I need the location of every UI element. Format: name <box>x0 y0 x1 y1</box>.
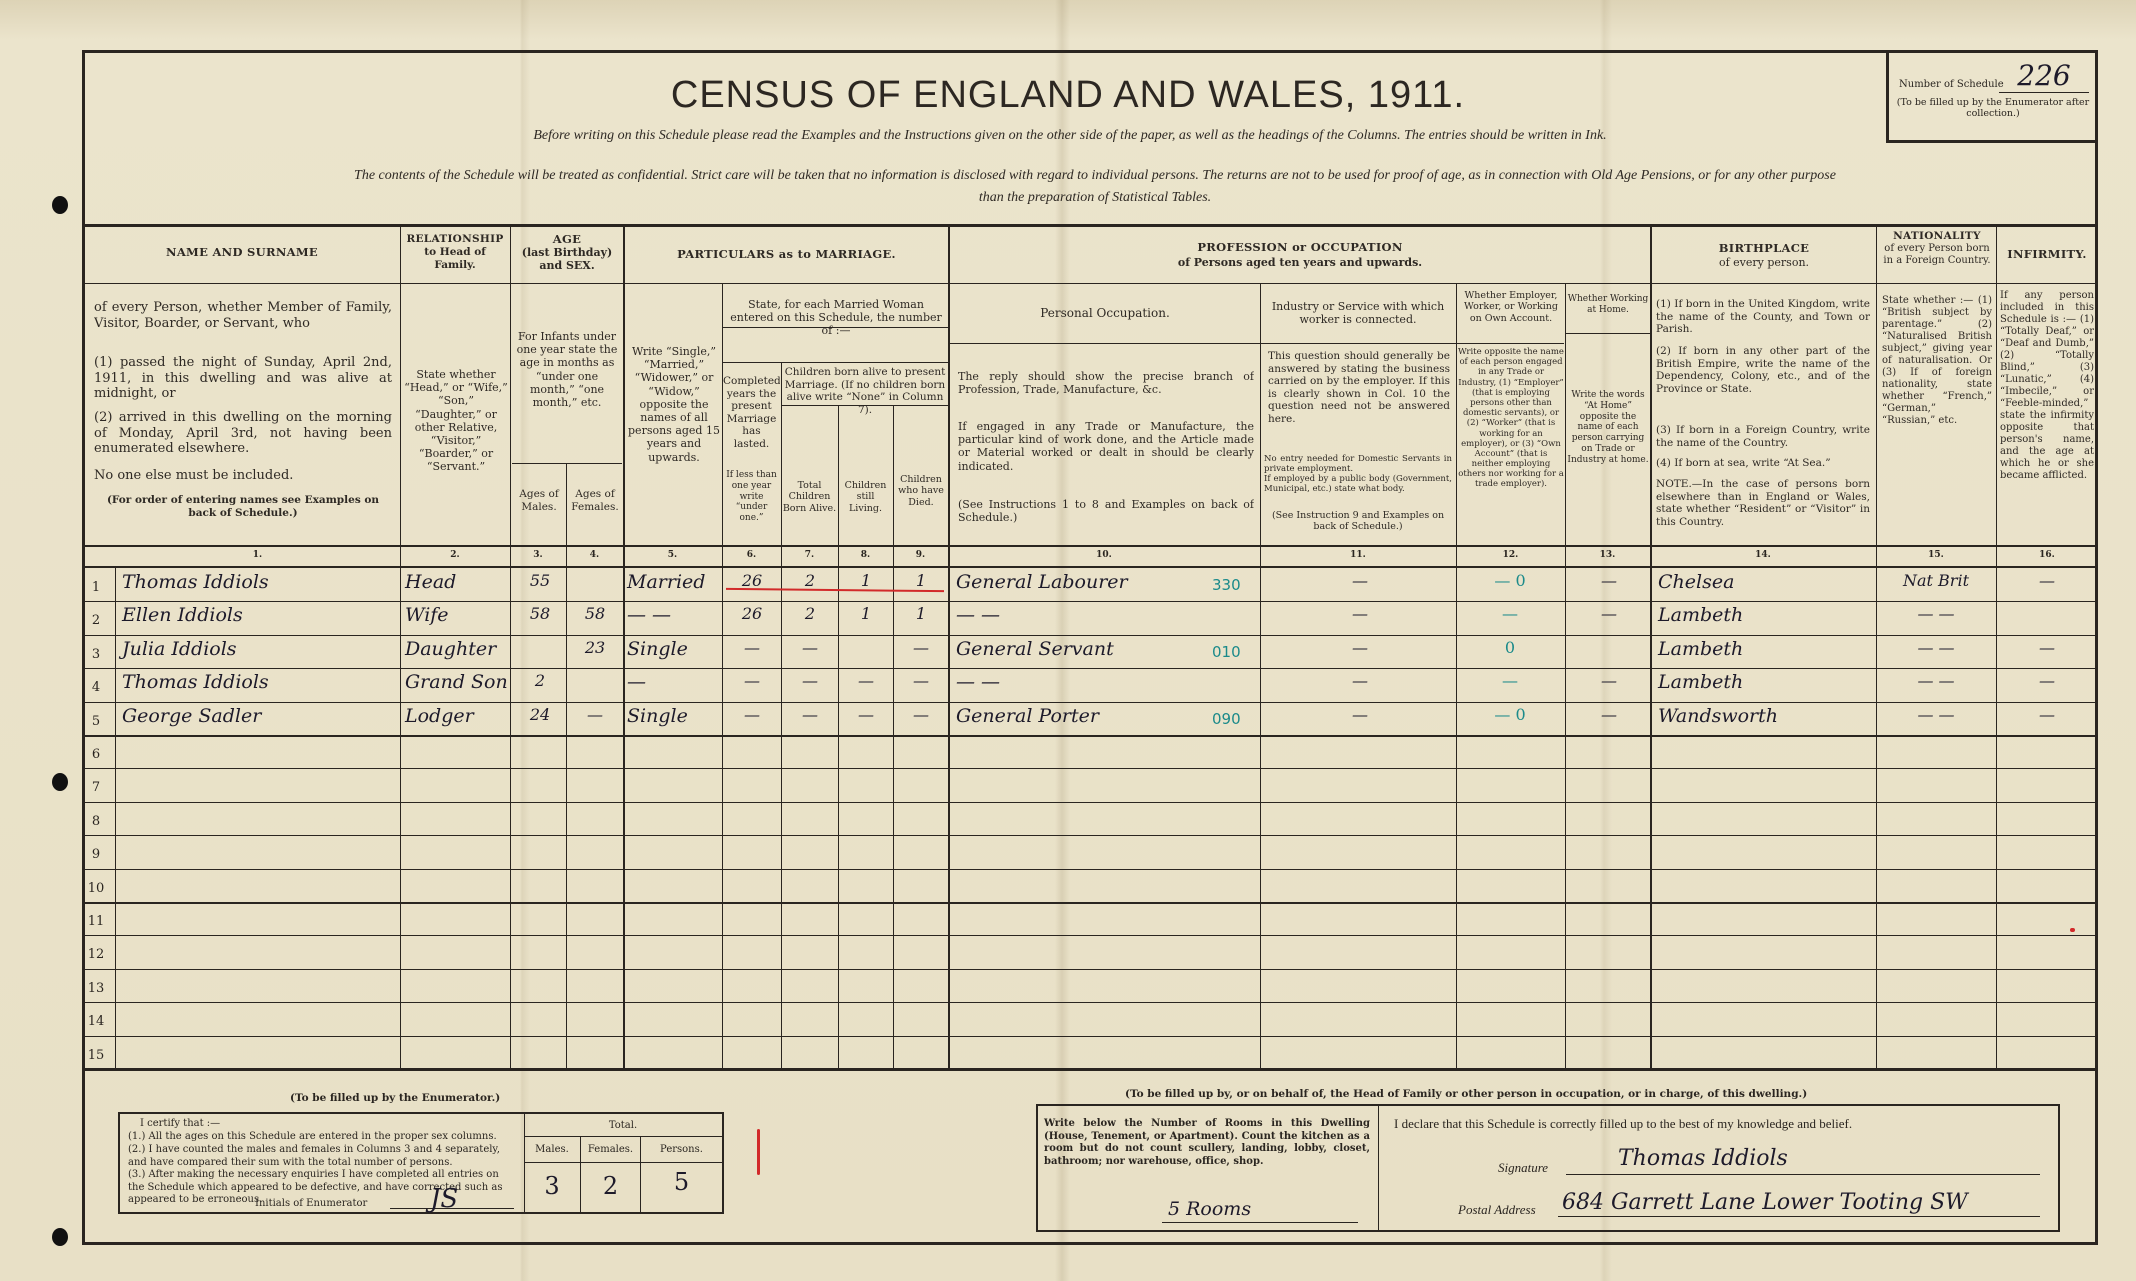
industry-rule <box>1260 343 1456 344</box>
col-divider <box>1650 224 1652 1069</box>
occupation-cell[interactable]: General Porter <box>956 705 1206 727</box>
occupation-code: 330 <box>1212 576 1241 594</box>
col-personal-body-2: If engaged in any Trade or Manufacture, … <box>958 420 1254 473</box>
row-number: 4 <box>84 680 108 695</box>
total-males-value[interactable]: 3 <box>524 1172 580 1200</box>
instruction-line: Before writing on this Schedule please r… <box>340 128 1800 144</box>
occupation-cell[interactable]: General Labourer <box>956 571 1206 593</box>
col-infirmity-title: INFIRMITY. <box>1998 248 2096 262</box>
household-divider <box>1378 1106 1379 1230</box>
condition-cell[interactable]: Single <box>627 705 719 727</box>
col-industry: Industry or Service with which worker is… <box>1262 300 1454 326</box>
birthplace-cell[interactable]: Lambeth <box>1658 671 1873 693</box>
children-born-cell[interactable]: — <box>785 638 835 657</box>
initials-label: Initials of Enumerator <box>255 1198 367 1211</box>
row-rule <box>84 601 2098 602</box>
schedule-number-note: (To be filled up by the Enumerator after… <box>1895 97 2091 119</box>
col-employer: Whether Employer, Worker, or Working on … <box>1458 290 1564 324</box>
col-marriage-years-note: If less than one year write “under one.” <box>723 470 780 524</box>
col-nationality-title: NATIONALITY <box>1878 230 1996 243</box>
col-divider <box>1456 283 1457 1069</box>
children-born-cell[interactable]: 2 <box>785 604 835 623</box>
colnum-15: 15. <box>1876 550 1996 560</box>
age-females-cell[interactable]: — <box>570 705 620 724</box>
males-label: Males. <box>524 1144 580 1157</box>
children-living-cell[interactable]: 1 <box>842 604 890 623</box>
col-divider <box>1996 224 1997 1069</box>
red-tick-mark <box>757 1129 760 1175</box>
signature-line <box>1566 1174 2040 1175</box>
birthplace-cell[interactable]: Lambeth <box>1658 638 1873 660</box>
employer-cell[interactable]: — <box>1460 604 1560 623</box>
row-number: 1 <box>84 580 108 595</box>
certify-label: I certify that :— <box>140 1118 220 1131</box>
age-males-cell[interactable]: 2 <box>516 671 564 690</box>
row-number: 7 <box>84 780 108 795</box>
colnum-10: 10. <box>948 550 1260 560</box>
infirmity-cell[interactable]: — <box>2000 571 2094 590</box>
row-number: 5 <box>84 714 108 729</box>
children-died-cell[interactable]: — <box>897 671 945 690</box>
colnum-14: 14. <box>1650 550 1876 560</box>
age-males-cell[interactable]: 58 <box>516 604 564 623</box>
industry-cell[interactable]: — <box>1265 671 1455 690</box>
red-dot-mark <box>2070 928 2075 932</box>
enumerator-heading: (To be filled up by the Enumerator.) <box>290 1092 500 1105</box>
age-females-cell[interactable]: 58 <box>570 604 620 623</box>
birthplace-cell[interactable]: Lambeth <box>1658 604 1873 626</box>
col-children-header: Children born alive to present Marriage.… <box>784 366 946 416</box>
header-title-rule <box>82 283 2098 284</box>
relationship-cell[interactable]: Daughter <box>405 638 505 660</box>
enumerator-box: I certify that :— (1.) All the ages on t… <box>118 1112 724 1214</box>
birthplace-cell[interactable]: Chelsea <box>1658 571 1873 593</box>
col-employer-body: Write opposite the name of each person e… <box>1458 347 1564 490</box>
colnum-5: 5. <box>623 550 722 560</box>
employer-cell[interactable]: 0 <box>1460 638 1560 657</box>
birthplace-cell[interactable]: Wandsworth <box>1658 705 1873 727</box>
row-number: 2 <box>84 613 108 628</box>
col-name-body-3: (2) arrived in this dwelling on the morn… <box>94 410 392 457</box>
punch-hole <box>52 1228 68 1246</box>
children-died-cell[interactable]: — <box>897 705 945 724</box>
col-married-woman: State, for each Married Woman entered on… <box>726 298 946 338</box>
col-rel-body: State whether “Head,” or “Wife,” “Son,” … <box>404 368 508 474</box>
col-home: Whether Working at Home. <box>1567 294 1649 316</box>
at-home-cell[interactable]: — <box>1570 604 1648 623</box>
personal-occ-rule <box>950 343 1260 344</box>
years-married-cell[interactable]: 26 <box>726 604 778 623</box>
household-heading: (To be filled up by, or on behalf of, th… <box>1125 1088 1807 1101</box>
children-died-cell[interactable]: 1 <box>897 571 945 590</box>
row-rule <box>84 1036 2098 1037</box>
postal-address-label: Postal Address <box>1458 1202 1536 1218</box>
certify-item-2: (2.) I have counted the males and female… <box>128 1144 518 1169</box>
row-number: 13 <box>84 981 108 996</box>
age-females-cell[interactable]: 23 <box>570 638 620 657</box>
condition-cell[interactable]: — <box>627 671 719 693</box>
col-birthplace-title: BIRTHPLACE <box>1652 242 1876 256</box>
nationality-cell[interactable]: — — <box>1880 638 1992 657</box>
total-persons-value[interactable]: 5 <box>641 1168 722 1196</box>
colnum-12: 12. <box>1456 550 1565 560</box>
children-died-cell[interactable]: 1 <box>897 604 945 623</box>
colnum-11: 11. <box>1260 550 1456 560</box>
industry-cell[interactable]: — <box>1265 638 1455 657</box>
col-name-body-4: No one else must be included. <box>94 468 392 484</box>
col-age-females: Ages of Females. <box>567 488 623 513</box>
col-personal-body-3: (See Instructions 1 to 8 and Examples on… <box>958 498 1254 524</box>
colnum-7: 7. <box>781 550 838 560</box>
row-rule <box>84 835 2098 836</box>
col-marriage-condition: Write “Single,” “Married,” “Widower,” or… <box>627 345 721 464</box>
children-died-cell[interactable]: — <box>897 638 945 657</box>
signature-label: Signature <box>1498 1160 1548 1176</box>
declaration-text: I declare that this Schedule is correctl… <box>1394 1116 1852 1132</box>
schedule-number-value[interactable]: 226 <box>1999 59 2089 93</box>
col-personal-body-1: The reply should show the precise branch… <box>958 370 1254 396</box>
employer-cell[interactable]: — 0 <box>1460 571 1560 590</box>
industry-cell[interactable]: — <box>1265 571 1455 590</box>
nationality-cell[interactable]: Nat Brit <box>1880 571 1992 590</box>
name-cell[interactable]: Ellen Iddiols <box>122 604 392 626</box>
page-title: CENSUS OF ENGLAND AND WALES, 1911. <box>0 74 2136 117</box>
colnum-9: 9. <box>893 550 948 560</box>
children-born-cell[interactable]: — <box>785 705 835 724</box>
col-birthplace-subtitle: of every person. <box>1652 256 1876 269</box>
years-married-cell[interactable]: — <box>726 671 778 690</box>
postal-address-value[interactable]: 684 Garrett Lane Lower Tooting SW <box>1562 1190 1968 1215</box>
punch-hole <box>52 773 68 791</box>
col-divider <box>948 224 950 1069</box>
name-cell[interactable]: George Sadler <box>122 705 392 727</box>
col-divider <box>400 224 401 1069</box>
col-industry-body-1: This question should generally be answer… <box>1268 350 1450 426</box>
children-living-cell[interactable]: — <box>842 705 890 724</box>
industry-cell[interactable]: — <box>1265 604 1455 623</box>
col-name-title: NAME AND SURNAME <box>84 246 400 260</box>
col-nationality-subtitle: of every Person born in a Foreign Countr… <box>1878 243 1996 267</box>
col-occupation-title: PROFESSION or OCCUPATION <box>950 241 1650 255</box>
col-personal-occupation: Personal Occupation. <box>952 306 1258 320</box>
total-rule <box>524 1136 722 1137</box>
row-rule <box>84 668 2098 669</box>
rownum-divider <box>115 566 116 1068</box>
row-rule <box>84 635 2098 636</box>
col-marriage-title: PARTICULARS as to MARRIAGE. <box>625 248 948 262</box>
enumerator-initials[interactable]: JS <box>430 1184 458 1214</box>
occupation-code: 010 <box>1212 643 1241 661</box>
nationality-cell[interactable]: — — <box>1880 705 1992 724</box>
row-number: 14 <box>84 1014 108 1029</box>
years-married-cell[interactable]: — <box>726 705 778 724</box>
persons-label: Persons. <box>641 1144 722 1157</box>
nationality-cell[interactable]: — — <box>1880 671 1992 690</box>
col-name-body-5: (For order of entering names see Example… <box>94 494 392 519</box>
total-females-value[interactable]: 2 <box>581 1172 640 1200</box>
col-age-males: Ages of Males. <box>512 488 566 513</box>
schedule-number-box: Number of Schedule 226 (To be filled up … <box>1886 53 2098 143</box>
at-home-cell[interactable]: — <box>1570 671 1648 690</box>
col-infirmity-body: If any person included in this Schedule … <box>2000 290 2094 482</box>
certify-item-1: (1.) All the ages on this Schedule are e… <box>128 1131 518 1144</box>
col-birthplace-note: NOTE.—In the case of persons born elsewh… <box>1656 478 1870 528</box>
col-divider <box>1565 283 1566 1069</box>
home-rule <box>1565 333 1650 334</box>
name-cell[interactable]: Thomas Iddiols <box>122 571 392 593</box>
rooms-value[interactable]: 5 Rooms <box>1168 1198 1251 1220</box>
row-rule <box>84 768 2098 769</box>
col-divider <box>510 224 511 1069</box>
col-industry-body-4: (See Instruction 9 and Examples on back … <box>1264 510 1452 533</box>
col-birthplace-body-2: (2) If born in any other part of the Bri… <box>1656 345 1870 395</box>
relationship-cell[interactable]: Lodger <box>405 705 505 727</box>
household-box: Write below the Number of Rooms in this … <box>1036 1104 2060 1232</box>
total-rule-2 <box>524 1162 722 1163</box>
colnum-16: 16. <box>1996 550 2098 560</box>
condition-cell[interactable]: — — <box>627 604 719 626</box>
rooms-underline <box>1162 1222 1358 1223</box>
colnum-8: 8. <box>838 550 893 560</box>
children-living-cell[interactable]: — <box>842 671 890 690</box>
confidential-line-2: than the preparation of Statistical Tabl… <box>100 190 2090 206</box>
confidential-line-1: The contents of the Schedule will be tre… <box>100 168 2090 184</box>
occupation-cell[interactable]: — — <box>956 671 1206 693</box>
address-line <box>1558 1216 2040 1217</box>
at-home-cell[interactable]: — <box>1570 705 1648 724</box>
table-bottom-rule <box>82 1068 2098 1071</box>
children-born-cell[interactable]: 2 <box>785 571 835 590</box>
nationality-cell[interactable]: — — <box>1880 604 1992 623</box>
row-rule <box>84 802 2098 803</box>
children-rule-top <box>722 362 950 363</box>
col-rel-subtitle: to Head of Family. <box>402 246 508 271</box>
condition-cell[interactable]: Single <box>627 638 719 660</box>
col-children-total: Total Children Born Alive. <box>782 480 837 514</box>
name-cell[interactable]: Julia Iddiols <box>122 638 392 660</box>
row-rule <box>84 735 2098 737</box>
colnum-1: 1. <box>115 550 400 560</box>
condition-cell[interactable]: Married <box>627 571 719 593</box>
row-number: 12 <box>84 947 108 962</box>
col-marriage-years: Completed years the present Marriage has… <box>723 375 780 451</box>
infirmity-cell[interactable]: — <box>2000 671 2094 690</box>
age-males-cell[interactable]: 24 <box>516 705 564 724</box>
row-number: 10 <box>84 881 108 896</box>
col-divider <box>1260 283 1261 1069</box>
occupation-cell[interactable]: — — <box>956 604 1206 626</box>
row-rule <box>84 1002 2098 1003</box>
row-rule <box>84 702 2098 703</box>
total-label: Total. <box>524 1120 722 1133</box>
col-age-body: For Infants under one year state the age… <box>512 330 622 409</box>
colnum-13: 13. <box>1565 550 1650 560</box>
at-home-cell[interactable]: — <box>1570 571 1648 590</box>
row-number: 11 <box>84 914 108 929</box>
infirmity-cell[interactable]: — <box>2000 638 2094 657</box>
years-married-cell[interactable]: — <box>726 638 778 657</box>
col-children-living: Children still Living. <box>839 480 892 514</box>
col-birthplace-body-3: (3) If born in a Foreign Country, write … <box>1656 424 1870 449</box>
col-divider <box>623 224 625 1069</box>
col-industry-body-2: No entry needed for Domestic Servants in… <box>1264 454 1452 474</box>
age-males-cell[interactable]: 55 <box>516 571 564 590</box>
col-name-body-1: of every Person, whether Member of Famil… <box>94 300 392 331</box>
col-age-title: AGE <box>512 233 622 247</box>
relationship-cell[interactable]: Grand Son <box>405 671 505 693</box>
punch-hole <box>52 196 68 214</box>
header-body-rule <box>82 545 2098 547</box>
colnum-rule <box>82 566 2098 568</box>
col-divider <box>1876 224 1877 1069</box>
schedule-number-label: Number of Schedule <box>1899 79 2004 90</box>
row-number: 8 <box>84 814 108 829</box>
occupation-cell[interactable]: General Servant <box>956 638 1206 660</box>
col-rel-title: RELATIONSHIP <box>402 233 508 246</box>
signature-value[interactable]: Thomas Iddiols <box>1618 1146 1788 1171</box>
row-rule <box>84 902 2098 904</box>
females-label: Females. <box>581 1144 640 1157</box>
children-living-cell[interactable]: 1 <box>842 571 890 590</box>
relationship-cell[interactable]: Wife <box>405 604 505 626</box>
row-number: 6 <box>84 747 108 762</box>
col-divider <box>781 362 782 1069</box>
age-sex-rule <box>512 463 622 464</box>
occupation-code: 090 <box>1212 710 1241 728</box>
row-number: 3 <box>84 647 108 662</box>
row-number: 15 <box>84 1048 108 1063</box>
col-birthplace-body-1: (1) If born in the United Kingdom, write… <box>1656 298 1870 336</box>
col-nationality-body: State whether :— (1) “British subject by… <box>1882 295 1992 427</box>
relationship-cell[interactable]: Head <box>405 571 505 593</box>
children-born-cell[interactable]: — <box>785 671 835 690</box>
row-number: 9 <box>84 847 108 862</box>
employer-cell[interactable]: — <box>1460 671 1560 690</box>
colnum-3: 3. <box>510 550 566 560</box>
col-age-subtitle: (last Birthday) and SEX. <box>512 246 622 272</box>
row-rule <box>84 969 2098 970</box>
table-top-rule <box>82 224 2098 227</box>
col-home-body: Write the words “At Home” opposite the n… <box>1567 390 1649 466</box>
col-industry-body-3: If employed by a public body (Government… <box>1264 474 1452 494</box>
row-rule <box>84 869 2098 870</box>
colnum-4: 4. <box>566 550 623 560</box>
colnum-2: 2. <box>400 550 510 560</box>
employer-rule <box>1456 343 1564 344</box>
col-birthplace-body-4: (4) If born at sea, write “At Sea.” <box>1656 457 1870 470</box>
name-cell[interactable]: Thomas Iddiols <box>122 671 392 693</box>
infirmity-cell[interactable]: — <box>2000 705 2094 724</box>
colnum-6: 6. <box>722 550 781 560</box>
col-name-body-2: (1) passed the night of Sunday, April 2n… <box>94 355 392 402</box>
industry-cell[interactable]: — <box>1265 705 1455 724</box>
row-rule <box>84 935 2098 936</box>
rooms-instruction: Write below the Number of Rooms in this … <box>1044 1118 1370 1168</box>
col-children-died: Children who have Died. <box>894 474 948 508</box>
employer-cell[interactable]: — 0 <box>1460 705 1560 724</box>
col-occupation-subtitle: of Persons aged ten years and upwards. <box>950 256 1650 269</box>
